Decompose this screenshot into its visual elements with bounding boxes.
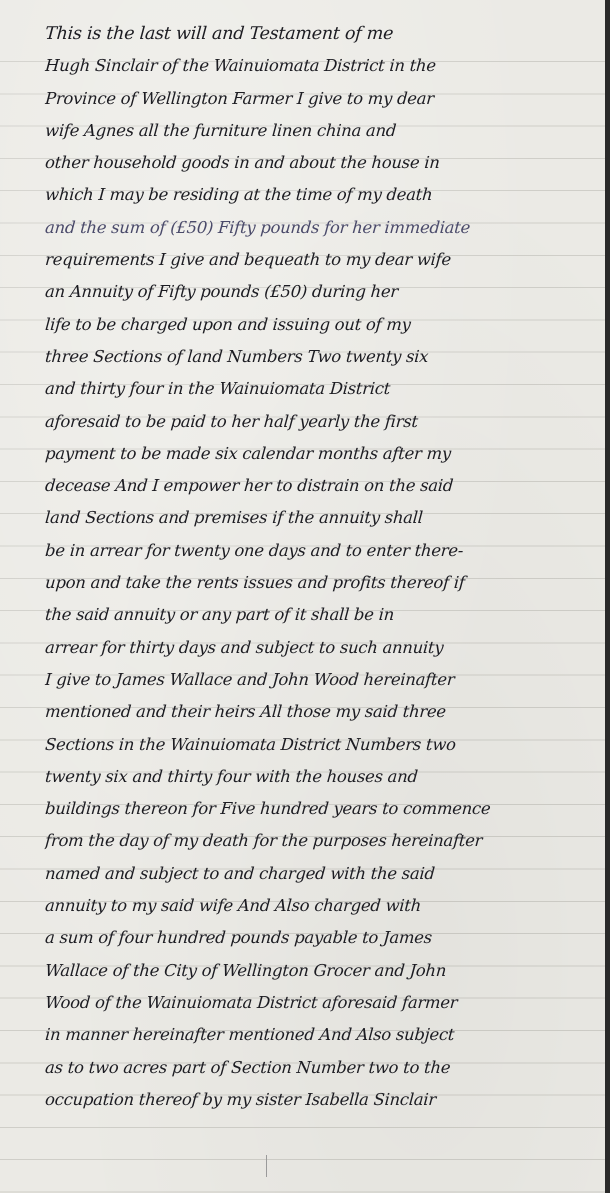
text-line: decease And I empower her to distrain on…	[44, 470, 608, 502]
text-line: Hugh Sinclair of the Wainuiomata Distric…	[44, 50, 608, 82]
text-line: and the sum of (£50) Fifty pounds for he…	[44, 212, 608, 244]
text-line: payment to be made six calendar months a…	[44, 438, 608, 470]
will-text-body: This is the last will and Testament of m…	[44, 18, 606, 1116]
text-line: Wallace of the City of Wellington Grocer…	[44, 955, 608, 987]
text-line: arrear for thirty days and subject to su…	[44, 632, 608, 664]
text-line: wife Agnes all the furniture linen china…	[44, 115, 608, 147]
text-line: requirements I give and bequeath to my d…	[44, 244, 608, 276]
text-line: in manner hereinafter mentioned And Also…	[44, 1019, 608, 1051]
text-line: an Annuity of Fifty pounds (£50) during …	[44, 276, 608, 308]
text-line: Province of Wellington Farmer I give to …	[44, 83, 608, 115]
text-line: annuity to my said wife And Also charged…	[44, 890, 608, 922]
handwritten-page: This is the last will and Testament of m…	[0, 0, 610, 1193]
text-line: three Sections of land Numbers Two twent…	[44, 341, 608, 373]
text-line: Sections in the Wainuiomata District Num…	[44, 729, 608, 761]
text-line: mentioned and their heirs All those my s…	[44, 696, 608, 728]
text-line: life to be charged upon and issuing out …	[44, 309, 608, 341]
text-line: the said annuity or any part of it shall…	[44, 599, 608, 631]
text-line: which I may be residing at the time of m…	[44, 179, 608, 211]
text-line: upon and take the rents issues and profi…	[44, 567, 608, 599]
text-line: aforesaid to be paid to her half yearly …	[44, 406, 608, 438]
text-line: land Sections and premises if the annuit…	[44, 502, 608, 534]
text-line: Wood of the Wainuiomata District aforesa…	[44, 987, 608, 1019]
text-line: and thirty four in the Wainuiomata Distr…	[44, 373, 608, 405]
text-line: other household goods in and about the h…	[44, 147, 608, 179]
text-line: be in arrear for twenty one days and to …	[44, 535, 608, 567]
text-line: buildings thereon for Five hundred years…	[44, 793, 608, 825]
text-line: named and subject to and charged with th…	[44, 858, 608, 890]
text-line: as to two acres part of Section Number t…	[44, 1052, 608, 1084]
text-line: a sum of four hundred pounds payable to …	[44, 922, 608, 954]
text-line: from the day of my death for the purpose…	[44, 825, 608, 857]
text-line: This is the last will and Testament of m…	[44, 18, 608, 50]
text-line: twenty six and thirty four with the hous…	[44, 761, 608, 793]
text-line: occupation thereof by my sister Isabella…	[44, 1084, 608, 1116]
text-line: I give to James Wallace and John Wood he…	[44, 664, 608, 696]
page-edge-shadow	[605, 0, 610, 1193]
pencil-mark	[266, 1155, 267, 1177]
